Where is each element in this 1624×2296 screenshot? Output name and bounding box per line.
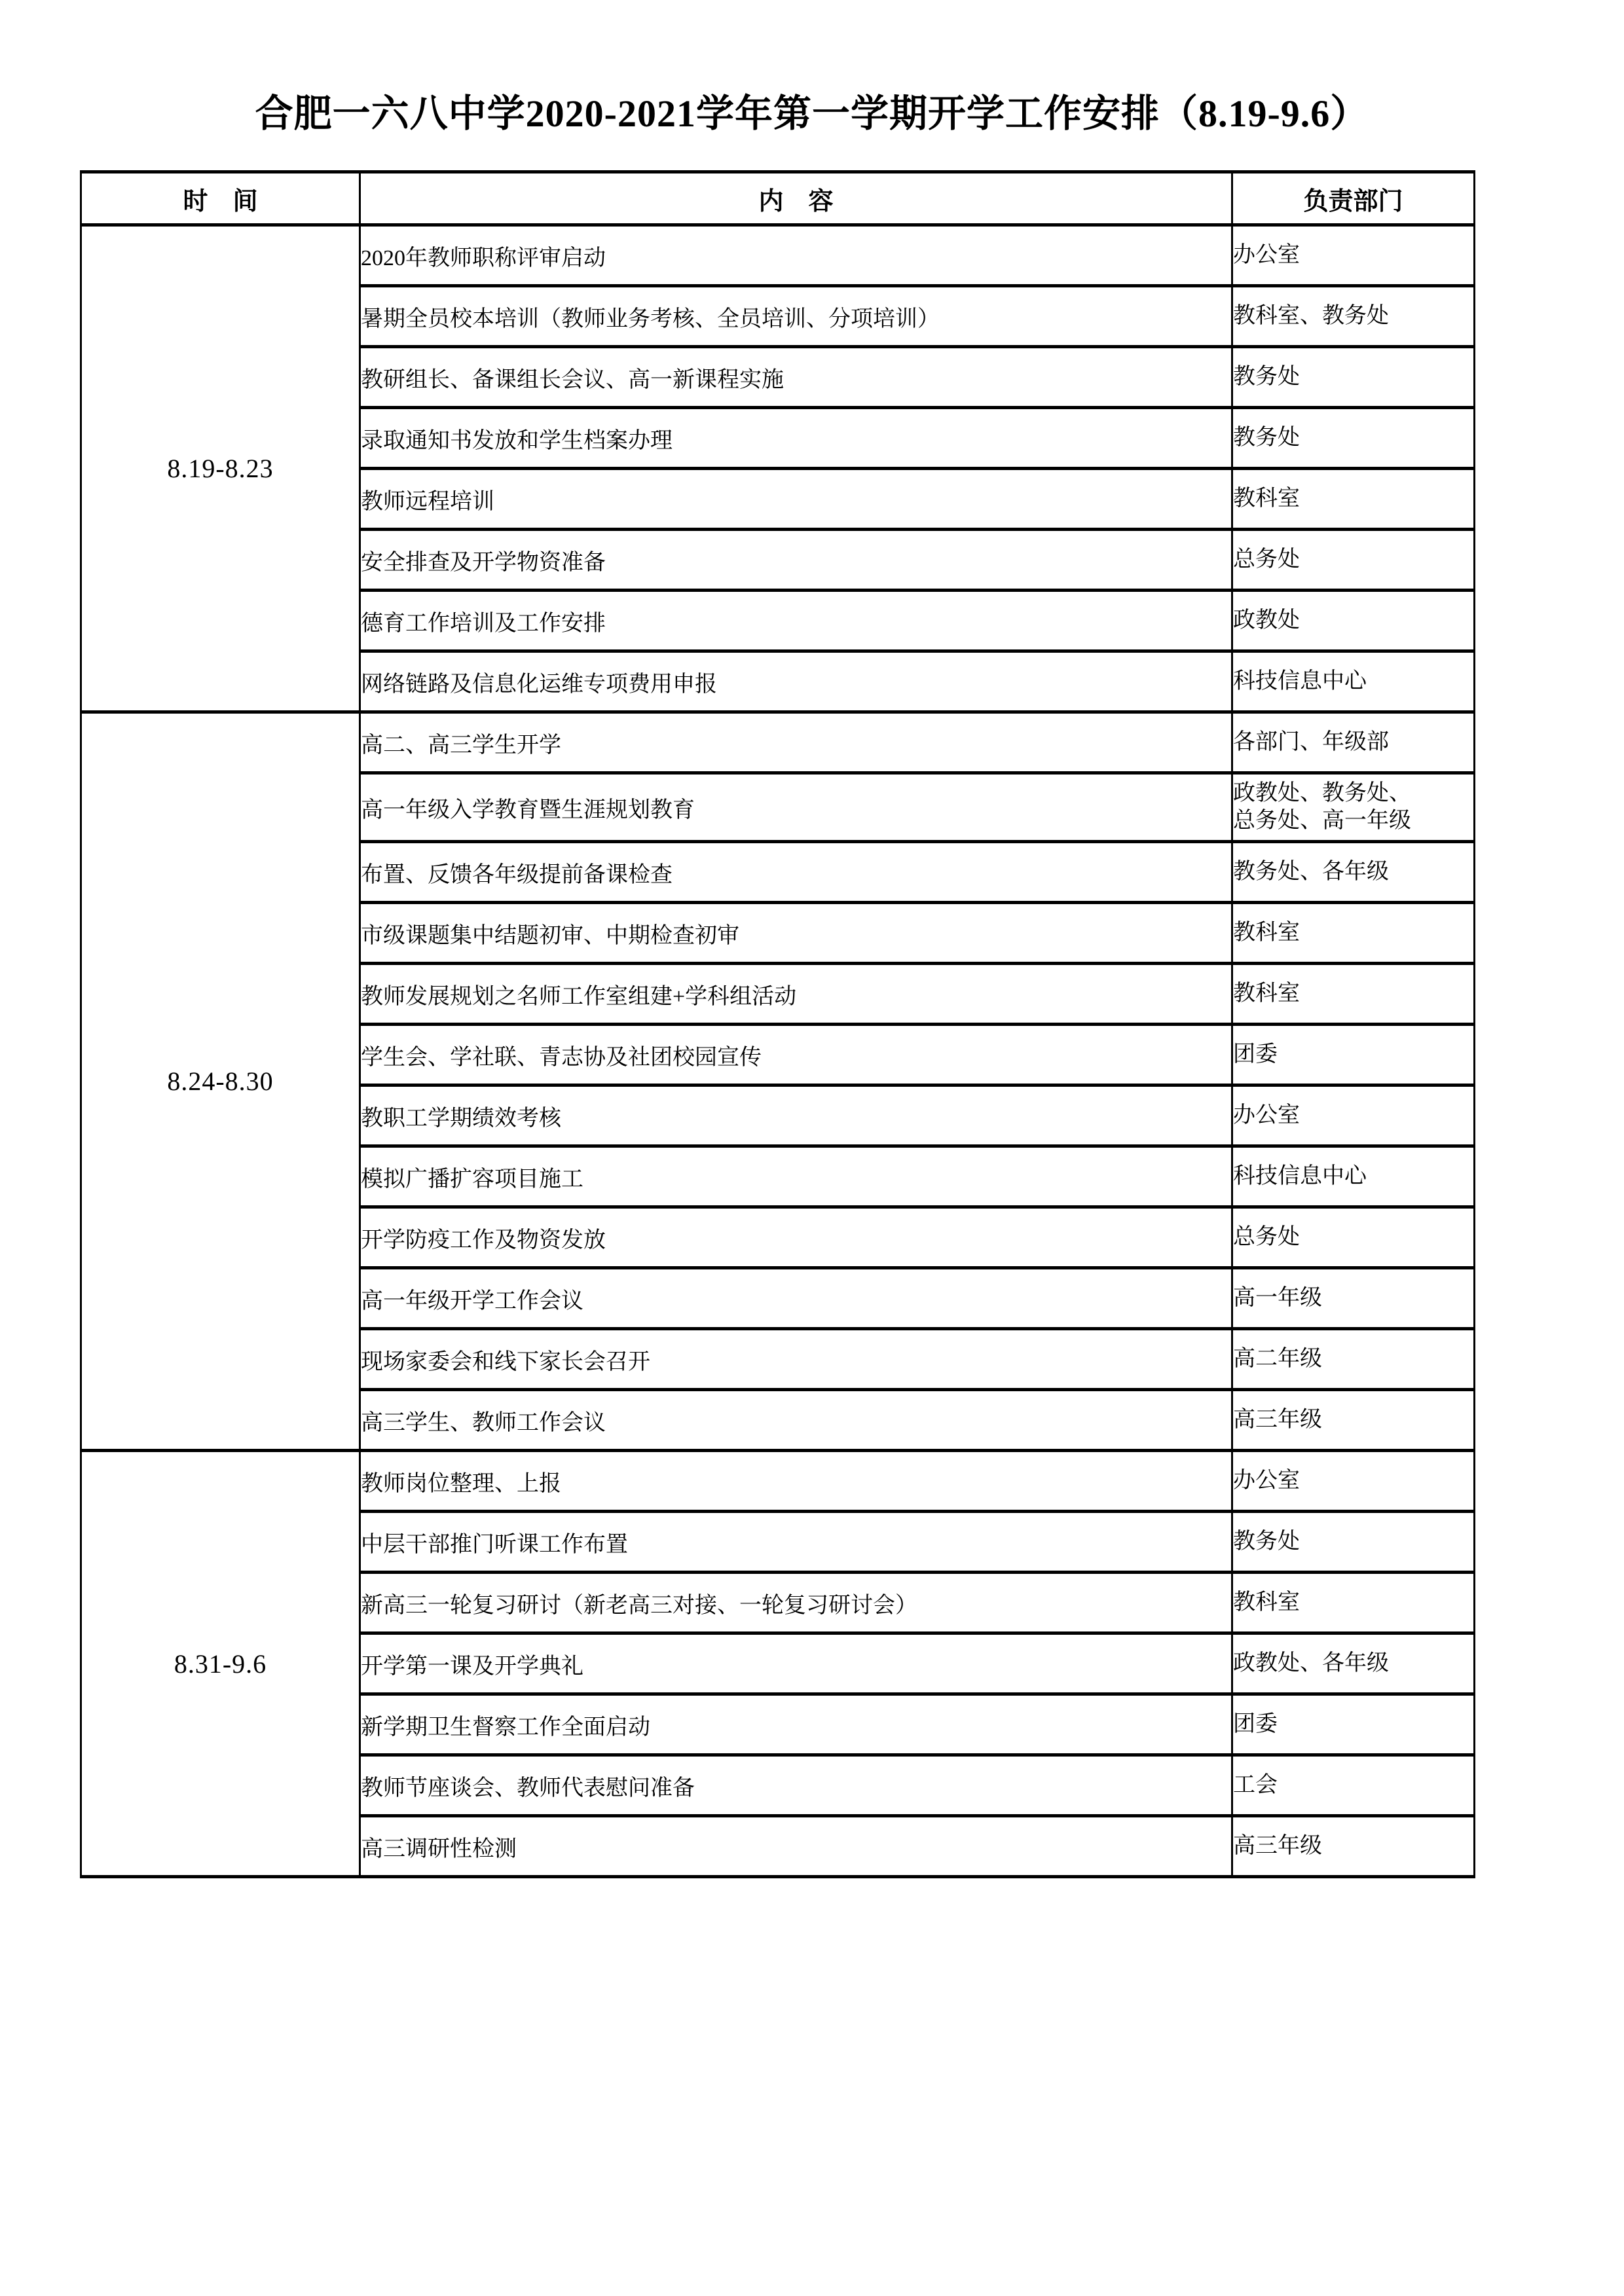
content-cell: 模拟广播扩容项目施工 bbox=[360, 1146, 1232, 1207]
department-cell: 教务处 bbox=[1232, 408, 1475, 469]
department-cell: 教务处 bbox=[1232, 347, 1475, 408]
department-cell: 教务处、各年级 bbox=[1232, 842, 1475, 903]
content-cell: 开学防疫工作及物资发放 bbox=[360, 1207, 1232, 1268]
department-cell: 团委 bbox=[1232, 1694, 1475, 1755]
department-cell: 政教处 bbox=[1232, 591, 1475, 651]
department-cell: 教科室 bbox=[1232, 964, 1475, 1025]
department-cell: 政教处、各年级 bbox=[1232, 1633, 1475, 1694]
table-row: 8.31-9.6教师岗位整理、上报办公室 bbox=[81, 1451, 1475, 1512]
time-cell: 8.24-8.30 bbox=[81, 712, 360, 1451]
content-cell: 新学期卫生督察工作全面启动 bbox=[360, 1694, 1232, 1755]
table-row: 8.19-8.232020年教师职称评审启动办公室 bbox=[81, 225, 1475, 286]
department-cell: 办公室 bbox=[1232, 225, 1475, 286]
content-cell: 开学第一课及开学典礼 bbox=[360, 1633, 1232, 1694]
department-cell: 高三年级 bbox=[1232, 1816, 1475, 1877]
department-cell: 科技信息中心 bbox=[1232, 1146, 1475, 1207]
content-cell: 德育工作培训及工作安排 bbox=[360, 591, 1232, 651]
department-cell: 高一年级 bbox=[1232, 1268, 1475, 1329]
department-cell: 办公室 bbox=[1232, 1451, 1475, 1512]
department-cell: 各部门、年级部 bbox=[1232, 712, 1475, 773]
content-cell: 教师远程培训 bbox=[360, 469, 1232, 530]
content-cell: 暑期全员校本培训（教师业务考核、全员培训、分项培训） bbox=[360, 286, 1232, 347]
content-cell: 教师节座谈会、教师代表慰问准备 bbox=[360, 1755, 1232, 1816]
header-department: 负责部门 bbox=[1232, 172, 1475, 225]
time-cell: 8.19-8.23 bbox=[81, 225, 360, 712]
department-cell: 总务处 bbox=[1232, 530, 1475, 591]
department-cell: 教务处 bbox=[1232, 1512, 1475, 1573]
schedule-header: 时 间 内 容 负责部门 bbox=[81, 172, 1475, 225]
department-cell: 教科室 bbox=[1232, 469, 1475, 530]
time-cell: 8.31-9.6 bbox=[81, 1451, 360, 1877]
department-cell: 教科室 bbox=[1232, 903, 1475, 964]
content-cell: 学生会、学社联、青志协及社团校园宣传 bbox=[360, 1025, 1232, 1085]
department-cell: 高二年级 bbox=[1232, 1329, 1475, 1390]
content-cell: 教师岗位整理、上报 bbox=[360, 1451, 1232, 1512]
content-cell: 教师发展规划之名师工作室组建+学科组活动 bbox=[360, 964, 1232, 1025]
content-cell: 网络链路及信息化运维专项费用申报 bbox=[360, 651, 1232, 712]
content-cell: 高三调研性检测 bbox=[360, 1816, 1232, 1877]
schedule-body: 8.19-8.232020年教师职称评审启动办公室暑期全员校本培训（教师业务考核… bbox=[81, 225, 1475, 1877]
schedule-table: 时 间 内 容 负责部门 8.19-8.232020年教师职称评审启动办公室暑期… bbox=[80, 170, 1475, 1878]
content-cell: 市级课题集中结题初审、中期检查初审 bbox=[360, 903, 1232, 964]
content-cell: 布置、反馈各年级提前备课检查 bbox=[360, 842, 1232, 903]
content-cell: 2020年教师职称评审启动 bbox=[360, 225, 1232, 286]
department-cell: 团委 bbox=[1232, 1025, 1475, 1085]
department-cell: 高三年级 bbox=[1232, 1390, 1475, 1451]
department-cell: 政教处、教务处、 总务处、高一年级 bbox=[1232, 773, 1475, 842]
content-cell: 高三学生、教师工作会议 bbox=[360, 1390, 1232, 1451]
content-cell: 新高三一轮复习研讨（新老高三对接、一轮复习研讨会） bbox=[360, 1573, 1232, 1633]
content-cell: 现场家委会和线下家长会召开 bbox=[360, 1329, 1232, 1390]
department-cell: 工会 bbox=[1232, 1755, 1475, 1816]
content-cell: 中层干部推门听课工作布置 bbox=[360, 1512, 1232, 1573]
header-time: 时 间 bbox=[81, 172, 360, 225]
document-page: 合肥一六八中学2020-2021学年第一学期开学工作安排（8.19-9.6） 时… bbox=[0, 0, 1624, 2296]
content-cell: 高二、高三学生开学 bbox=[360, 712, 1232, 773]
header-row: 时 间 内 容 负责部门 bbox=[81, 172, 1475, 225]
table-row: 8.24-8.30高二、高三学生开学各部门、年级部 bbox=[81, 712, 1475, 773]
page-title: 合肥一六八中学2020-2021学年第一学期开学工作安排（8.19-9.6） bbox=[0, 82, 1624, 137]
header-content: 内 容 bbox=[360, 172, 1232, 225]
content-cell: 教研组长、备课组长会议、高一新课程实施 bbox=[360, 347, 1232, 408]
department-cell: 教科室、教务处 bbox=[1232, 286, 1475, 347]
department-cell: 教科室 bbox=[1232, 1573, 1475, 1633]
department-cell: 科技信息中心 bbox=[1232, 651, 1475, 712]
content-cell: 录取通知书发放和学生档案办理 bbox=[360, 408, 1232, 469]
content-cell: 安全排查及开学物资准备 bbox=[360, 530, 1232, 591]
department-cell: 总务处 bbox=[1232, 1207, 1475, 1268]
content-cell: 高一年级开学工作会议 bbox=[360, 1268, 1232, 1329]
department-cell: 办公室 bbox=[1232, 1085, 1475, 1146]
content-cell: 教职工学期绩效考核 bbox=[360, 1085, 1232, 1146]
content-cell: 高一年级入学教育暨生涯规划教育 bbox=[360, 773, 1232, 842]
